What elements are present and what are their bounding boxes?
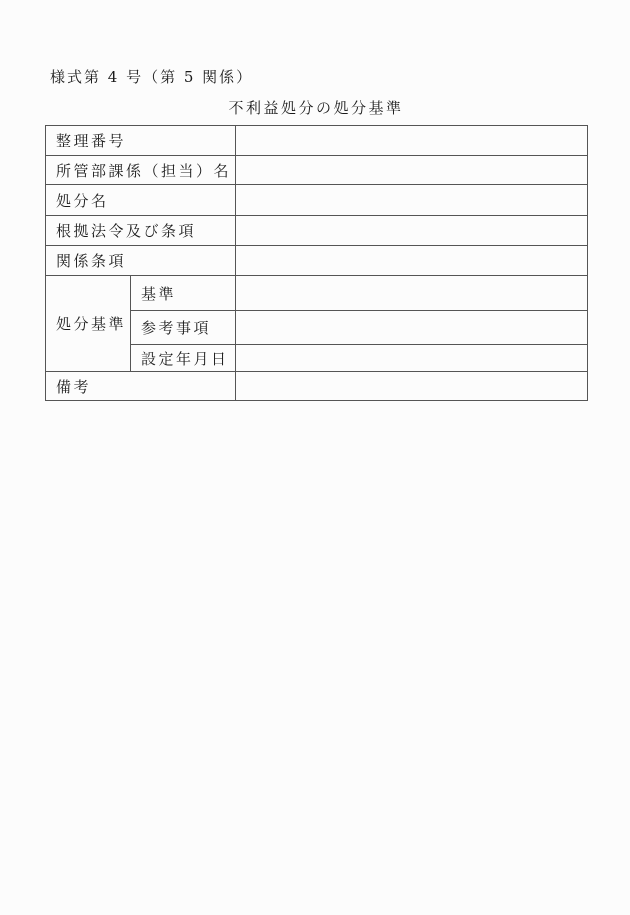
row-label: 整理番号	[46, 126, 236, 156]
row-value-cell	[236, 246, 588, 276]
group-label-shobun-kijun: 処分基準	[46, 276, 131, 372]
row-value-cell	[236, 216, 588, 246]
row-value-cell	[236, 156, 588, 185]
table-row-shokan-bukakari: 所管部課係（担当）名	[46, 156, 588, 185]
row-label: 関係条項	[46, 246, 236, 276]
page-title: 不利益処分の処分基準	[45, 97, 587, 118]
document-page: 様式第 4 号（第 5 関係） 不利益処分の処分基準 整理番号 所管部課係（担当…	[0, 0, 630, 915]
form-number-heading: 様式第 4 号（第 5 関係）	[50, 66, 253, 87]
table-row-shobun-mei: 処分名	[46, 185, 588, 216]
table-row-seiri-bango: 整理番号	[46, 126, 588, 156]
row-value-cell	[236, 126, 588, 156]
row-value-cell	[236, 372, 588, 401]
sub-row-label: 基準	[131, 276, 236, 311]
disposition-standards-table: 整理番号 所管部課係（担当）名 処分名 根拠法令及び条項 関係条項 処分基準	[45, 125, 588, 401]
row-label: 所管部課係（担当）名	[46, 156, 236, 185]
row-value-cell	[236, 345, 588, 372]
row-label: 処分名	[46, 185, 236, 216]
row-value-cell	[236, 311, 588, 345]
row-value-cell	[236, 276, 588, 311]
row-label: 根拠法令及び条項	[46, 216, 236, 246]
table-row-konkyo-horei: 根拠法令及び条項	[46, 216, 588, 246]
sub-row-label: 設定年月日	[131, 345, 236, 372]
table-row-biko: 備考	[46, 372, 588, 401]
sub-row-label: 参考事項	[131, 311, 236, 345]
row-value-cell	[236, 185, 588, 216]
table-row-kankei-joko: 関係条項	[46, 246, 588, 276]
row-label: 備考	[46, 372, 236, 401]
table-row-kijun: 処分基準 基準	[46, 276, 588, 311]
